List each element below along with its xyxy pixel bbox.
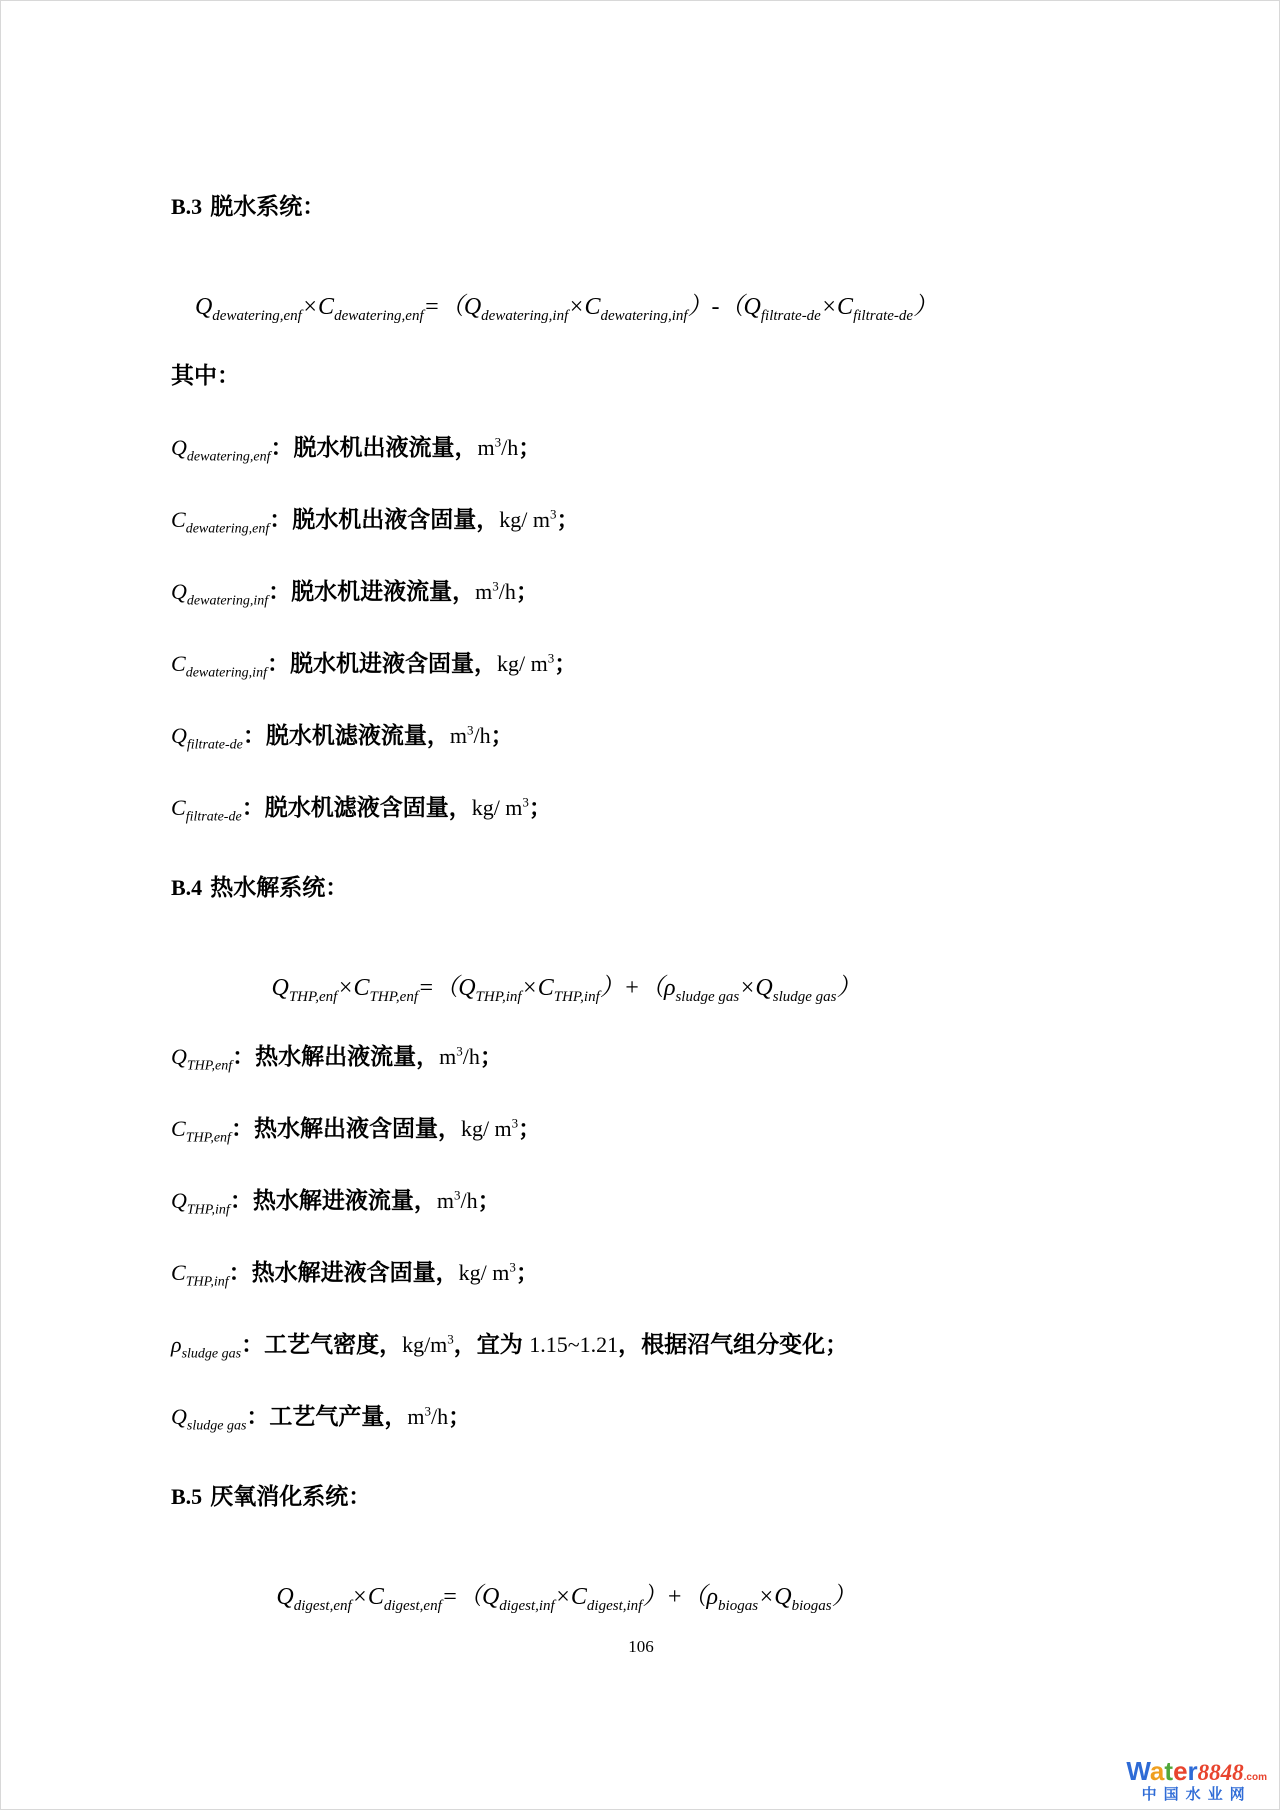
math-symbol: Cdewatering,enf [171, 507, 269, 532]
chinese-text: ； [478, 1187, 501, 1213]
latin-unit: m3/h [439, 1044, 480, 1069]
math-symbol: Cdewatering,inf [171, 651, 267, 676]
chinese-text: ：脱水机滤液流量， [243, 722, 450, 748]
chinese-text: ：工艺气产量， [246, 1403, 407, 1429]
section-number: B.5 [171, 1484, 202, 1509]
logo-domain: .com [1244, 1772, 1267, 1783]
water8848-logo: Water8848.com 中国水业网 [1126, 1758, 1267, 1803]
chinese-text: ； [557, 506, 580, 532]
document-page: B.3脱水系统： Qdewatering,enf×Cdewatering,enf… [0, 0, 1280, 1810]
chinese-text: ：脱水机滤液含固量， [242, 794, 472, 820]
latin-unit: kg/m3 [402, 1332, 454, 1357]
latin-unit: kg/ m3 [472, 795, 529, 820]
math-symbol: Qsludge gas [171, 1404, 246, 1429]
chinese-text: ； [448, 1403, 471, 1429]
definition-line: Qfiltrate-de：脱水机滤液流量，m3/h； [171, 720, 961, 754]
math-symbol: CTHP,enf [171, 1116, 231, 1141]
chinese-text: ； [480, 1043, 503, 1069]
definition-line: Qsludge gas：工艺气产量，m3/h； [171, 1401, 961, 1435]
latin-unit: kg/ m3 [499, 507, 556, 532]
math-symbol: Qdewatering,enf [171, 435, 271, 460]
definition-line: Cfiltrate-de：脱水机滤液含固量，kg/ m3； [171, 792, 961, 826]
definition-line: QTHP,inf：热水解进液流量，m3/h； [171, 1185, 961, 1219]
logo-letter: e [1173, 1756, 1187, 1786]
chinese-text: ：脱水机出液流量， [271, 434, 478, 460]
document-content: B.3脱水系统： Qdewatering,enf×Cdewatering,enf… [171, 191, 961, 1650]
chinese-text: ：脱水机出液含固量， [269, 506, 499, 532]
definition-line: Qdewatering,enf：脱水机出液流量，m3/h； [171, 432, 961, 466]
math-symbol: Qfiltrate-de [171, 723, 243, 748]
chinese-text: ：工艺气密度， [241, 1331, 402, 1357]
math-symbol: QTHP,enf [171, 1044, 232, 1069]
chinese-text: ：脱水机进液含固量， [267, 650, 497, 676]
chinese-text: 热水解系统： [210, 874, 348, 900]
logo-subtitle: 中国水业网 [1126, 1787, 1267, 1803]
chinese-text: ； [518, 434, 541, 460]
logo-letter: a [1150, 1756, 1164, 1786]
definition-line: ρsludge gas：工艺气密度，kg/m3，宜为 1.15~1.21，根据沼… [171, 1329, 961, 1363]
definition-line: QTHP,enf：热水解出液流量，m3/h； [171, 1041, 961, 1075]
where-label: 其中： [171, 360, 961, 394]
chinese-text: ：脱水机进液流量， [268, 578, 475, 604]
section-b4-heading: B.4热水解系统： [171, 872, 961, 903]
chinese-text: ：热水解进液流量， [230, 1187, 437, 1213]
logo-wordmark: Water8848.com [1126, 1758, 1267, 1785]
chinese-text: ； [516, 1259, 539, 1285]
section-b3-formula: Qdewatering,enf×Cdewatering,enf=（Qdewate… [171, 290, 961, 324]
definition-line: Cdewatering,inf：脱水机进液含固量，kg/ m3； [171, 648, 961, 682]
section-b5: B.5厌氧消化系统： Qdigest,enf×Cdigest,enf=（Qdig… [171, 1481, 961, 1614]
logo-letter: t [1164, 1756, 1173, 1786]
section-number: B.4 [171, 875, 202, 900]
section-b5-formula: Qdigest,enf×Cdigest,enf=（Qdigest,inf×Cdi… [171, 1580, 961, 1614]
chinese-text: ； [554, 650, 577, 676]
definition-line: CTHP,inf：热水解进液含固量，kg/ m3； [171, 1257, 961, 1291]
logo-letter: r [1188, 1756, 1198, 1786]
chinese-text: ； [529, 794, 552, 820]
definition-line: CTHP,enf：热水解出液含固量，kg/ m3； [171, 1113, 961, 1147]
chinese-text: 脱水系统： [210, 193, 325, 219]
section-number: B.3 [171, 194, 202, 219]
chinese-text: 其中： [171, 362, 240, 388]
math-symbol: Cfiltrate-de [171, 795, 242, 820]
section-b3-heading: B.3脱水系统： [171, 191, 961, 222]
math-symbol: CTHP,inf [171, 1260, 229, 1285]
definition-line: Cdewatering,enf：脱水机出液含固量，kg/ m3； [171, 504, 961, 538]
chinese-text: ； [491, 722, 514, 748]
logo-letter: W [1126, 1756, 1150, 1786]
chinese-text: ，根据沼气组分变化； [618, 1331, 848, 1357]
latin-unit: 1.15~1.21 [529, 1332, 618, 1357]
latin-unit: m3/h [437, 1188, 478, 1213]
logo-number: 8848 [1198, 1760, 1244, 1785]
latin-unit: m3/h [450, 723, 491, 748]
page-number: 106 [1, 1637, 1280, 1657]
chinese-text: ； [516, 578, 539, 604]
latin-unit: kg/ m3 [461, 1116, 518, 1141]
section-b5-heading: B.5厌氧消化系统： [171, 1481, 961, 1512]
math-symbol: QTHP,inf [171, 1188, 230, 1213]
chinese-text: ，宜为 [454, 1331, 529, 1357]
chinese-text: ：热水解出液流量， [232, 1043, 439, 1069]
chinese-text: ：热水解出液含固量， [231, 1115, 461, 1141]
latin-unit: m3/h [475, 579, 516, 604]
section-b4-formula: QTHP,enf×CTHP,enf=（QTHP,inf×CTHP,inf）+（ρ… [171, 971, 961, 1005]
section-b4-definitions: QTHP,enf：热水解出液流量，m3/h；CTHP,enf：热水解出液含固量，… [171, 1041, 961, 1435]
latin-unit: m3/h [407, 1404, 448, 1429]
latin-unit: kg/ m3 [459, 1260, 516, 1285]
logo-word: Water [1126, 1756, 1197, 1786]
math-symbol: ρsludge gas [171, 1332, 241, 1357]
section-b3: B.3脱水系统： Qdewatering,enf×Cdewatering,enf… [171, 191, 961, 826]
section-b3-definitions: Qdewatering,enf：脱水机出液流量，m3/h；Cdewatering… [171, 432, 961, 826]
chinese-text: 厌氧消化系统： [210, 1483, 371, 1509]
chinese-text: ：热水解进液含固量， [229, 1259, 459, 1285]
latin-unit: m3/h [478, 435, 519, 460]
chinese-text: ； [518, 1115, 541, 1141]
math-symbol: Qdewatering,inf [171, 579, 268, 604]
section-b4: B.4热水解系统： QTHP,enf×CTHP,enf=（QTHP,inf×CT… [171, 872, 961, 1435]
latin-unit: kg/ m3 [497, 651, 554, 676]
definition-line: Qdewatering,inf：脱水机进液流量，m3/h； [171, 576, 961, 610]
